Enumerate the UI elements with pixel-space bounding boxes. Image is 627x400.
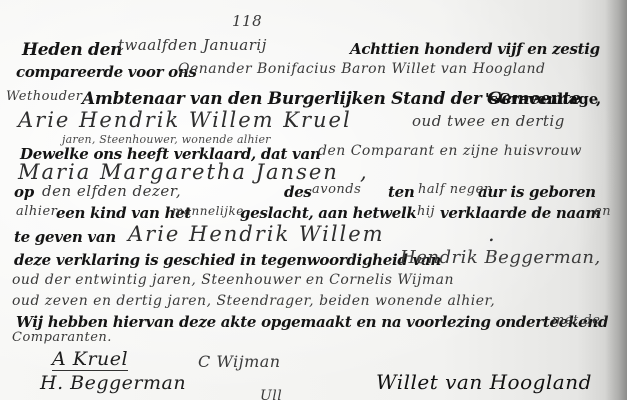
printed-geboren: aur is geboren — [478, 183, 596, 201]
handwritten-date: twaalfden Januarij — [118, 36, 267, 54]
record-number: 118 — [232, 12, 262, 30]
handwritten-hij: hij — [417, 204, 435, 219]
handwritten-comma: , — [360, 160, 369, 184]
signature-witness-1: H. Beggerman — [40, 372, 186, 394]
handwritten-mother-name: Maria Margaretha Jansen — [18, 160, 339, 184]
printed-te-geven-van: te geven van — [14, 228, 116, 246]
printed-compareerde: compareerde voor ons — [16, 63, 197, 81]
handwritten-wethouder: Wethouder — [6, 89, 83, 104]
scanned-document-page: 118 Heden den twaalfden Januarij Achttie… — [0, 0, 627, 400]
printed-verklaarde: verklaarde de naam — [440, 204, 601, 222]
printed-comma: , — [596, 90, 601, 108]
handwritten-met-de: met de — [552, 313, 600, 328]
printed-city: 'sGravenhage — [485, 90, 598, 108]
handwritten-alhier: alhier — [16, 204, 57, 219]
printed-heden-den: Heden den — [22, 40, 122, 60]
handwritten-sex: mannelijke — [172, 204, 244, 218]
printed-een-kind: een kind van het — [56, 204, 191, 222]
signature-official: Willet van Hoogland — [376, 370, 592, 394]
signature-witness-2: C Wijman — [198, 352, 281, 371]
handwritten-declarant-name: Arie Hendrik Willem Kruel — [18, 108, 352, 132]
handwritten-child-name: Arie Hendrik Willem — [128, 222, 385, 246]
scan-edge-shadow — [605, 0, 627, 400]
printed-year: Achttien honderd vijf en zestig — [350, 40, 600, 58]
handwritten-declarant-age: oud twee en dertig — [412, 112, 565, 130]
bottom-fragment: Ull — [260, 388, 282, 400]
handwritten-comparanten: Comparanten. — [12, 330, 112, 345]
handwritten-birth-day: den elfden dezer, — [42, 182, 181, 200]
printed-des: des — [284, 183, 312, 201]
handwritten-official-name: Oenander Bonifacius Baron Willet van Hoo… — [178, 61, 545, 77]
printed-op: op — [14, 183, 34, 201]
signature-declarant: A Kruel — [52, 348, 128, 371]
printed-geslacht: geslacht, aan hetwelk — [240, 204, 417, 222]
printed-ten: ten — [388, 183, 414, 201]
handwritten-witness-1-name: Hendrik Beggerman, — [400, 247, 601, 268]
printed-tegenwoordigheid: deze verklaring is geschied in tegenwoor… — [14, 251, 441, 269]
handwritten-witness-2-detail: oud zeven en dertig jaren, Steendrager, … — [12, 293, 495, 309]
handwritten-avonds: avonds — [312, 182, 361, 197]
handwritten-period: . — [488, 222, 497, 246]
printed-closing: Wij hebben hiervan deze akte opgemaakt e… — [16, 313, 608, 331]
handwritten-witness-1-detail: oud der entwintig jaren, Steenhouwer en … — [12, 272, 454, 288]
handwritten-comparant: den Comparant en zijne huisvrouw — [318, 143, 582, 159]
